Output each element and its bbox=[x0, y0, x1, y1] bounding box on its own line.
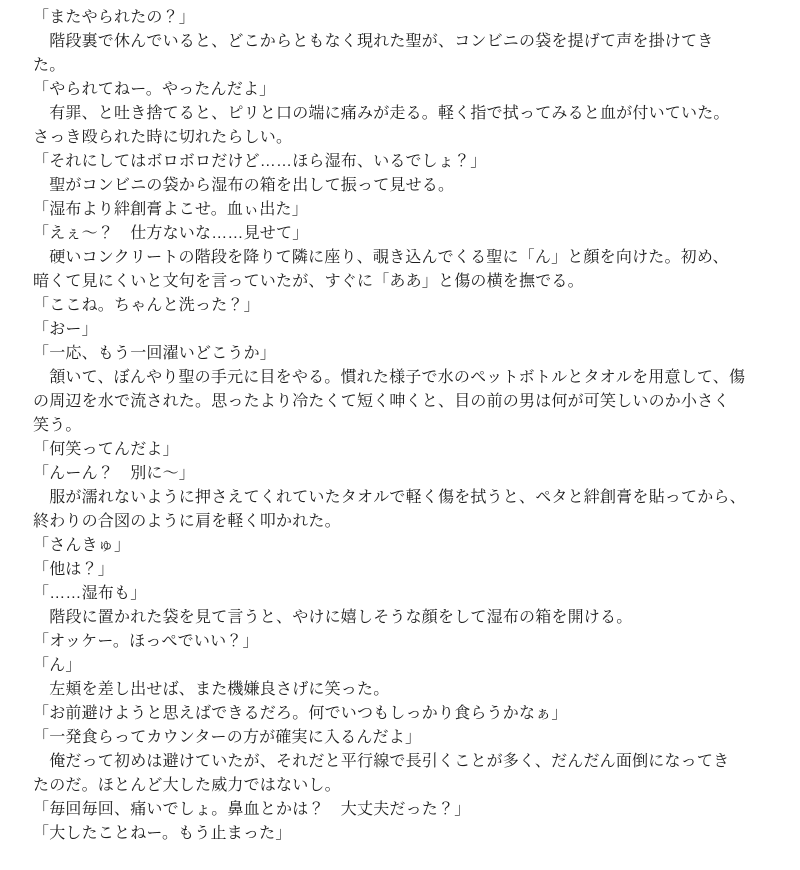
text-line: 「ん」 bbox=[33, 654, 750, 678]
text-line: 「またやられたの？」 bbox=[33, 6, 750, 30]
text-line: 左頬を差し出せば、また機嫌良さげに笑った。 bbox=[33, 678, 750, 702]
text-line: 有罪、と吐き捨てると、ピリと口の端に痛みが走る。軽く指で拭ってみると血が付いてい… bbox=[33, 102, 750, 126]
text-line: 笑う。 bbox=[33, 414, 750, 438]
text-line: 階段裏で休んでいると、どこからともなく現れた聖が、コンビニの袋を提げて声を掛けて… bbox=[33, 30, 750, 54]
novel-text-page: 「またやられたの？」 階段裏で休んでいると、どこからともなく現れた聖が、コンビニ… bbox=[0, 0, 800, 870]
text-line: 「やられてねー。やったんだよ」 bbox=[33, 78, 750, 102]
text-line: 「湿布より絆創膏よこせ。血ぃ出た」 bbox=[33, 198, 750, 222]
text-line: 硬いコンクリートの階段を降りて隣に座り、覗き込んでくる聖に「ん」と顔を向けた。初… bbox=[33, 246, 750, 270]
text-line: 「オッケー。ほっぺでいい？」 bbox=[33, 630, 750, 654]
text-body: 「またやられたの？」 階段裏で休んでいると、どこからともなく現れた聖が、コンビニ… bbox=[33, 6, 750, 846]
text-line: 聖がコンビニの袋から湿布の箱を出して振って見せる。 bbox=[33, 174, 750, 198]
text-line: 「何笑ってんだよ」 bbox=[33, 438, 750, 462]
text-line: 「大したことねー。もう止まった」 bbox=[33, 822, 750, 846]
text-line: 「一応、もう一回濯いどこうか」 bbox=[33, 342, 750, 366]
text-line: 「んーん？ 別に～」 bbox=[33, 462, 750, 486]
text-line: 「……湿布も」 bbox=[33, 582, 750, 606]
text-line: の周辺を水で流された。思ったより冷たくて短く呻くと、目の前の男は何が可笑しいのか… bbox=[33, 390, 750, 414]
text-line: 階段に置かれた袋を見て言うと、やけに嬉しそうな顔をして湿布の箱を開ける。 bbox=[33, 606, 750, 630]
text-line: 「一発食らってカウンターの方が確実に入るんだよ」 bbox=[33, 726, 750, 750]
text-line: 暗くて見にくいと文句を言っていたが、すぐに「ああ」と傷の横を撫でる。 bbox=[33, 270, 750, 294]
text-line: 服が濡れないように押さえてくれていたタオルで軽く傷を拭うと、ペタと絆創膏を貼って… bbox=[33, 486, 750, 510]
text-line: 「他は？」 bbox=[33, 558, 750, 582]
text-line: 「お前避けようと思えばできるだろ。何でいつもしっかり食らうかなぁ」 bbox=[33, 702, 750, 726]
text-line: 「それにしてはボロボロだけど……ほら湿布、いるでしょ？」 bbox=[33, 150, 750, 174]
text-line: 俺だって初めは避けていたが、それだと平行線で長引くことが多く、だんだん面倒になっ… bbox=[33, 750, 750, 774]
text-line: 「毎回毎回、痛いでしょ。鼻血とかは？ 大丈夫だった？」 bbox=[33, 798, 750, 822]
text-line: 「えぇ～？ 仕方ないな……見せて」 bbox=[33, 222, 750, 246]
text-line: たのだ。ほとんど大した威力ではないし。 bbox=[33, 774, 750, 798]
text-line: た。 bbox=[33, 54, 750, 78]
text-line: さっき殴られた時に切れたらしい。 bbox=[33, 126, 750, 150]
text-line: 頷いて、ぼんやり聖の手元に目をやる。慣れた様子で水のペットボトルとタオルを用意し… bbox=[33, 366, 750, 390]
text-line: 「さんきゅ」 bbox=[33, 534, 750, 558]
text-line: 終わりの合図のように肩を軽く叩かれた。 bbox=[33, 510, 750, 534]
text-line: 「ここね。ちゃんと洗った？」 bbox=[33, 294, 750, 318]
text-line: 「おー」 bbox=[33, 318, 750, 342]
